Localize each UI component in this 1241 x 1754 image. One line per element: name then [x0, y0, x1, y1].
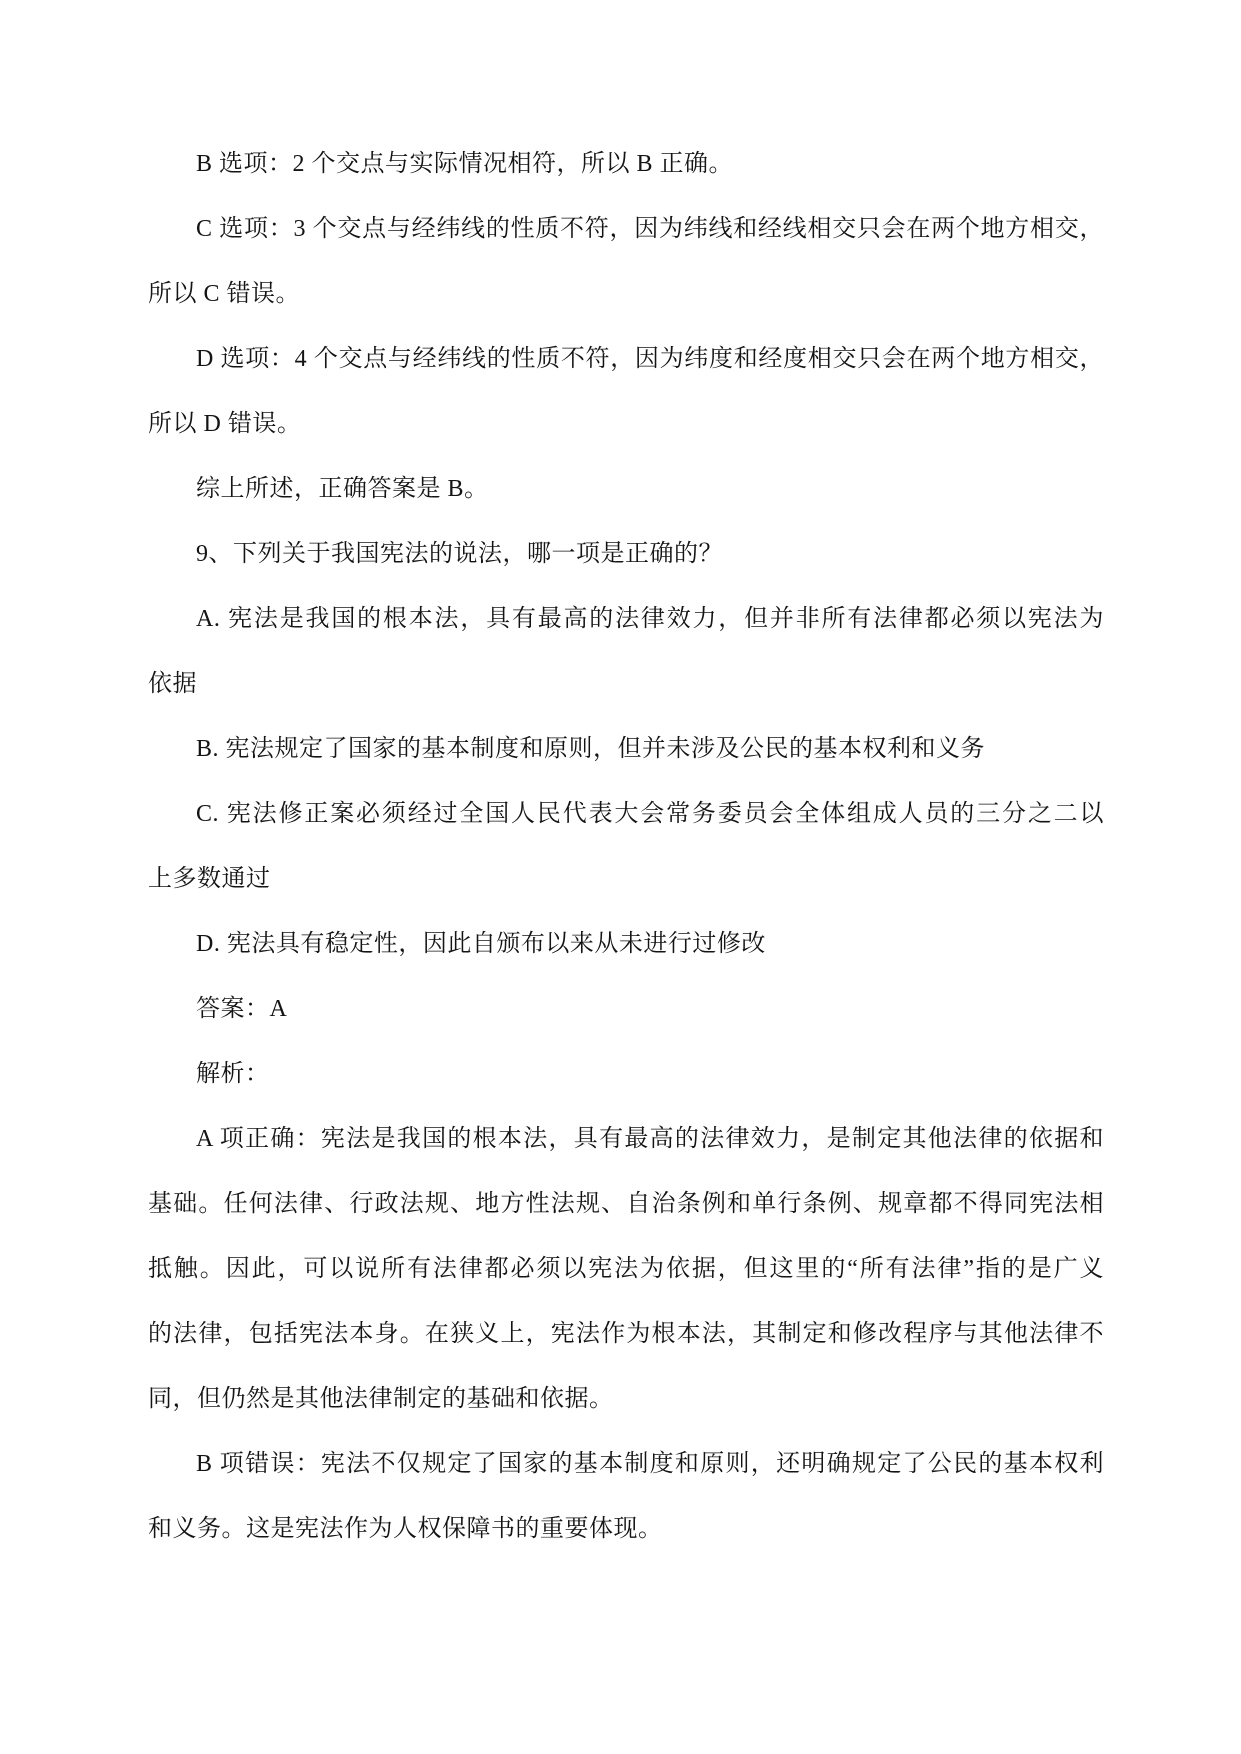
text-line: 的法律，包括宪法本身。在狭义上，宪法作为根本法，其制定和修改程序与其他法律不 — [148, 1302, 1104, 1367]
text-line: 9、下列关于我国宪法的说法，哪一项是正确的？ — [148, 522, 1104, 587]
text-line: 同，但仍然是其他法律制定的基础和依据。 — [148, 1367, 1104, 1432]
text-line: 答案：A — [148, 977, 1104, 1042]
text-line: 和义务。这是宪法作为人权保障书的重要体现。 — [148, 1497, 1104, 1562]
text-line: D 选项：4 个交点与经纬线的性质不符，因为纬度和经度相交只会在两个地方相交， — [148, 327, 1104, 392]
text-line: A 项正确：宪法是我国的根本法，具有最高的法律效力，是制定其他法律的依据和 — [148, 1107, 1104, 1172]
text-line: B 项错误：宪法不仅规定了国家的基本制度和原则，还明确规定了公民的基本权利 — [148, 1432, 1104, 1497]
text-line: 上多数通过 — [148, 847, 1104, 912]
text-line: 依据 — [148, 652, 1104, 717]
text-line: C 选项：3 个交点与经纬线的性质不符，因为纬线和经线相交只会在两个地方相交， — [148, 197, 1104, 262]
text-line: 抵触。因此，可以说所有法律都必须以宪法为依据，但这里的“所有法律”指的是广义 — [148, 1237, 1104, 1302]
text-line: 所以 C 错误。 — [148, 262, 1104, 327]
text-line: 基础。任何法律、行政法规、地方性法规、自治条例和单行条例、规章都不得同宪法相 — [148, 1172, 1104, 1237]
text-line: B. 宪法规定了国家的基本制度和原则，但并未涉及公民的基本权利和义务 — [148, 717, 1104, 782]
text-line: D. 宪法具有稳定性，因此自颁布以来从未进行过修改 — [148, 912, 1104, 977]
text-line: 解析： — [148, 1042, 1104, 1107]
text-line: A. 宪法是我国的根本法，具有最高的法律效力，但并非所有法律都必须以宪法为 — [148, 587, 1104, 652]
text-line: C. 宪法修正案必须经过全国人民代表大会常务委员会全体组成人员的三分之二以 — [148, 782, 1104, 847]
text-line: B 选项：2 个交点与实际情况相符，所以 B 正确。 — [148, 132, 1104, 197]
text-line: 综上所述，正确答案是 B。 — [148, 457, 1104, 522]
text-line: 所以 D 错误。 — [148, 392, 1104, 457]
document-body: B 选项：2 个交点与实际情况相符，所以 B 正确。C 选项：3 个交点与经纬线… — [148, 132, 1104, 1562]
document-page: B 选项：2 个交点与实际情况相符，所以 B 正确。C 选项：3 个交点与经纬线… — [0, 0, 1241, 1754]
